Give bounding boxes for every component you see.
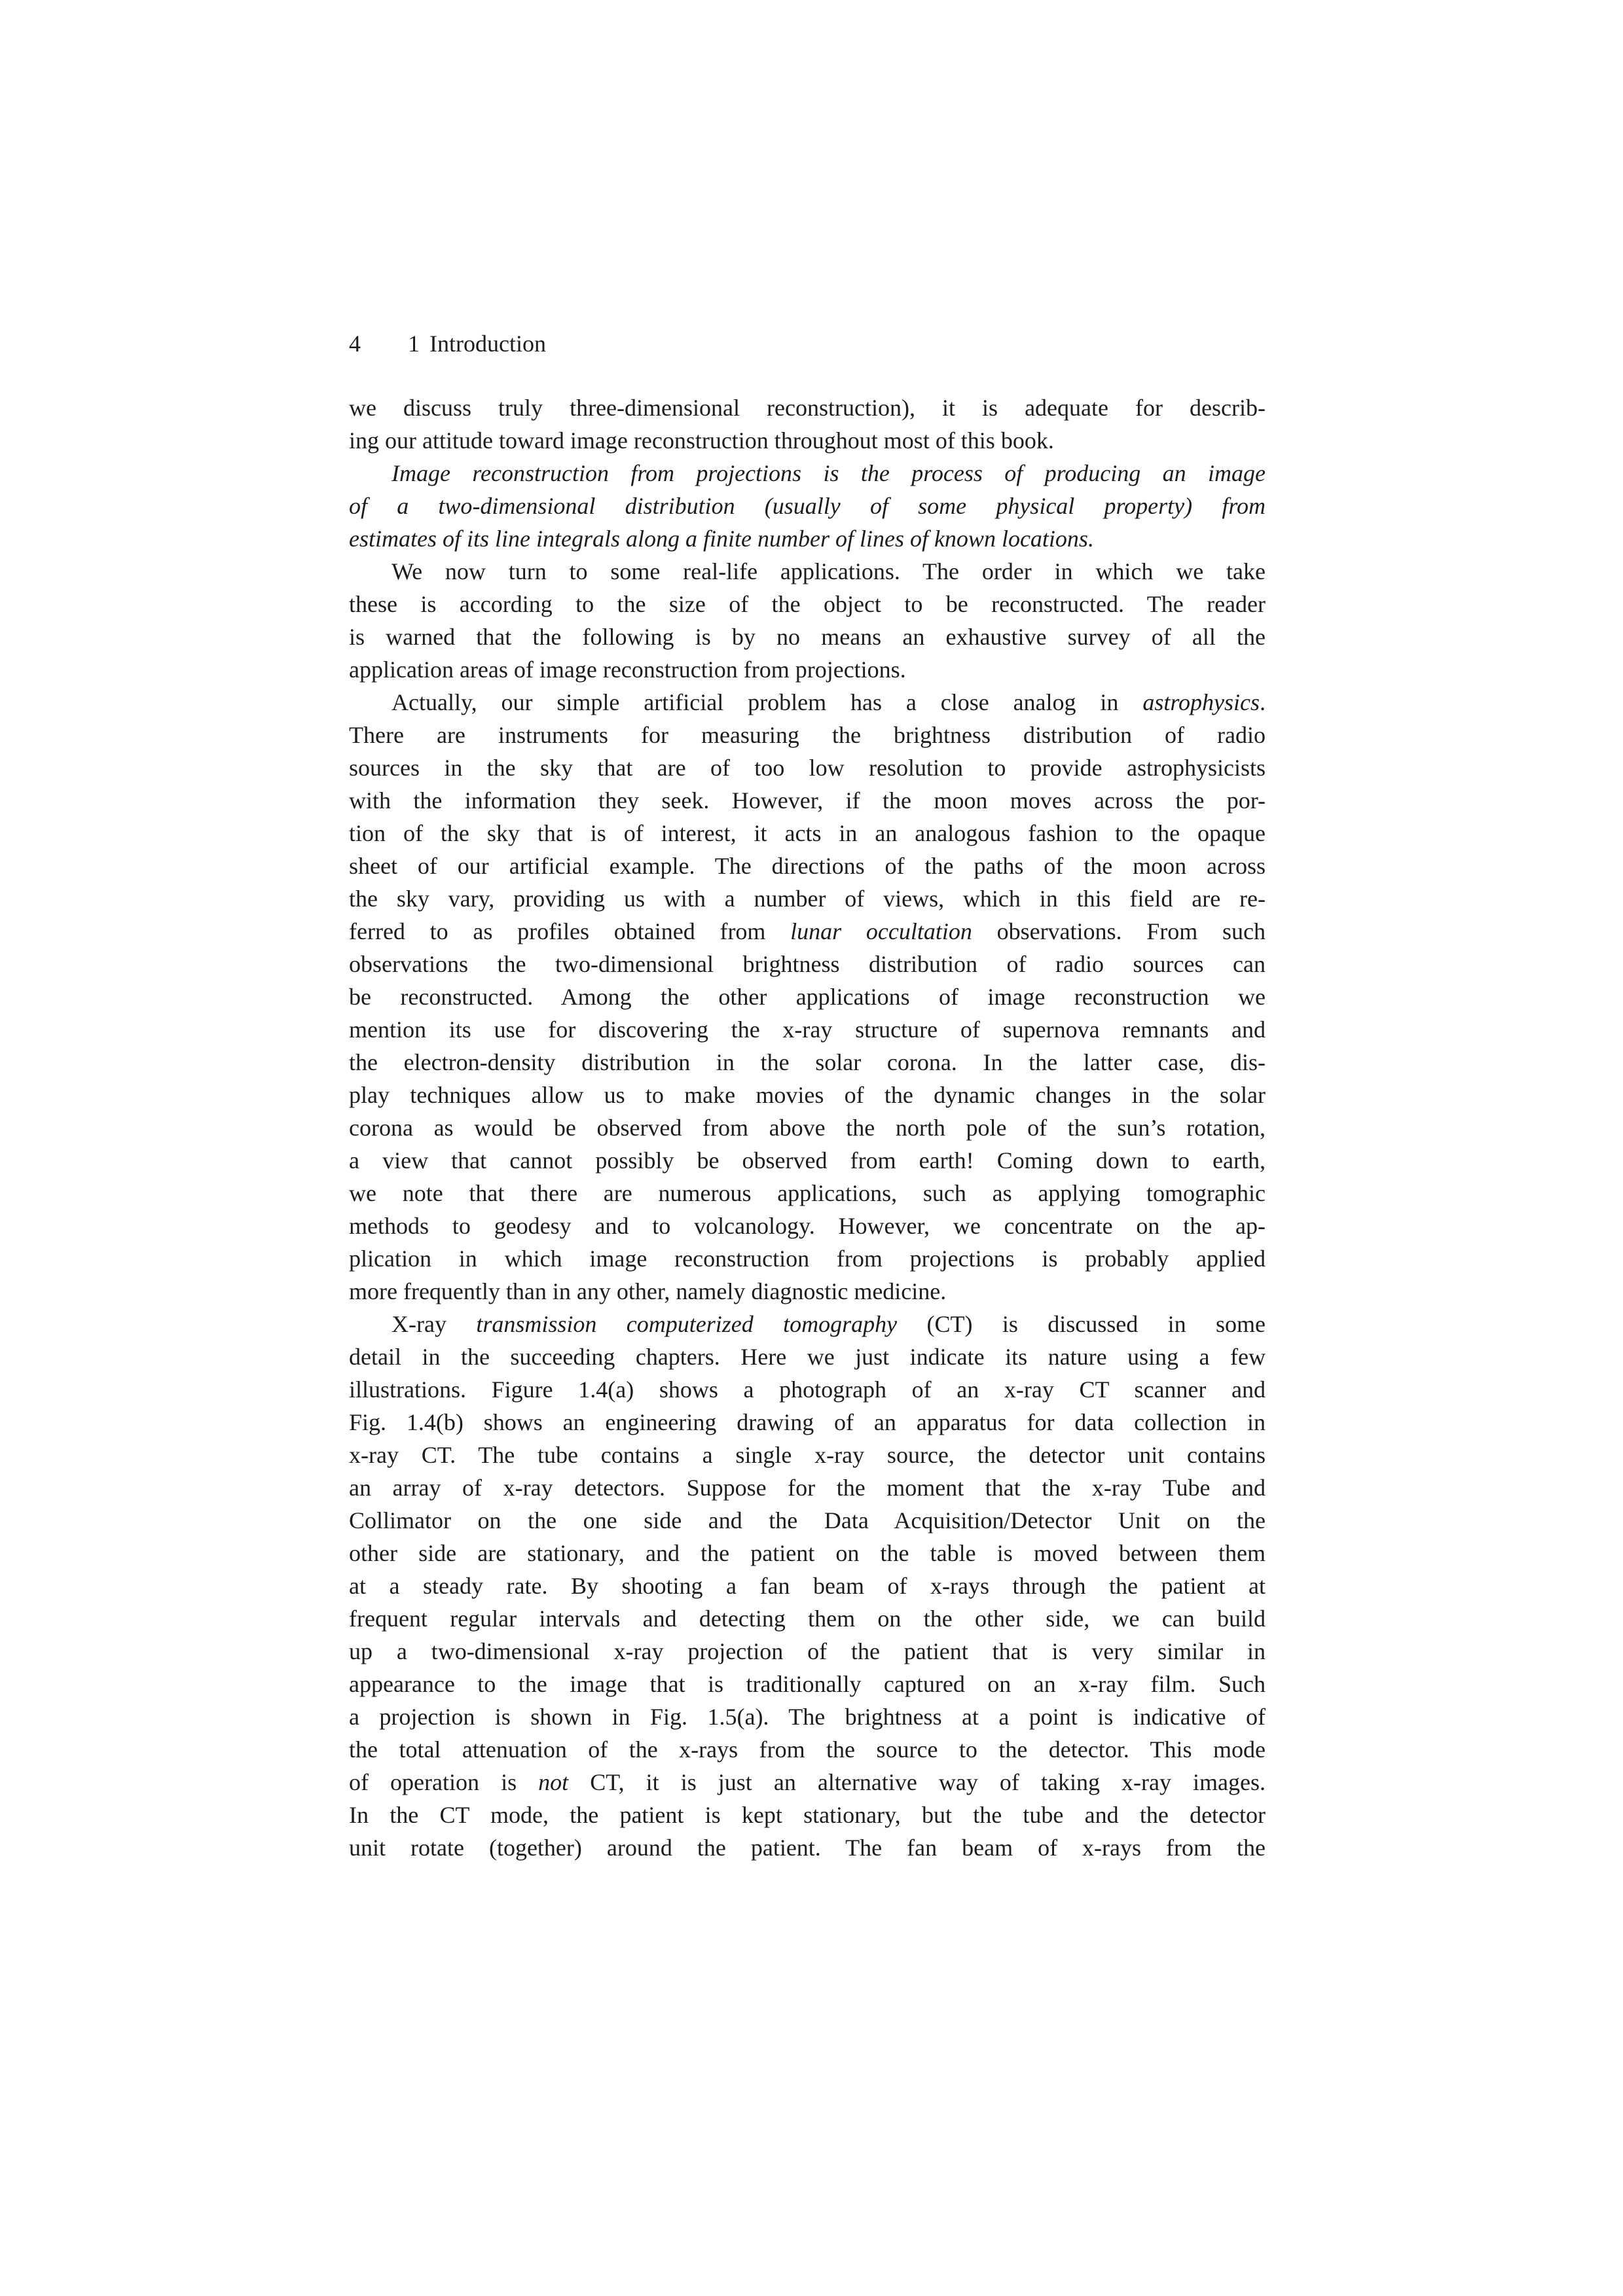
- text-run: a view that cannot possibly be observed …: [349, 1147, 1266, 1174]
- page-body: we discuss truly three-dimensional recon…: [349, 391, 1266, 1864]
- text-run: detail in the succeeding chapters. Here …: [349, 1344, 1266, 1370]
- text-line: ing our attitude toward image reconstruc…: [349, 424, 1266, 457]
- text-line: frequent regular intervals and detecting…: [349, 1602, 1266, 1635]
- text-line: appearance to the image that is traditio…: [349, 1668, 1266, 1700]
- text-line: with the information they seek. However,…: [349, 784, 1266, 817]
- paragraph: Image reconstruction from projections is…: [349, 457, 1266, 555]
- text-line: plication in which image reconstruction …: [349, 1242, 1266, 1275]
- text-run: CT, it is just an alternative way of tak…: [568, 1769, 1266, 1795]
- text-run: of operation is: [349, 1769, 538, 1795]
- text-run: unit rotate (together) around the patien…: [349, 1835, 1266, 1861]
- text-run: sheet of our artificial example. The dir…: [349, 853, 1266, 879]
- text-run: ferred to as profiles obtained from: [349, 918, 790, 944]
- text-run: plication in which image reconstruction …: [349, 1246, 1266, 1272]
- page-number: 4: [349, 327, 361, 360]
- text-run: sources in the sky that are of too low r…: [349, 755, 1266, 781]
- text-line: up a two-dimensional x-ray projection of…: [349, 1635, 1266, 1668]
- text-line: x-ray CT. The tube contains a single x-r…: [349, 1439, 1266, 1471]
- text-line: sheet of our artificial example. The dir…: [349, 850, 1266, 882]
- text-run: the sky vary, providing us with a number…: [349, 886, 1266, 912]
- text-line: be reconstructed. Among the other applic…: [349, 980, 1266, 1013]
- text-line: Actually, our simple artificial problem …: [349, 686, 1266, 719]
- text-run: (CT) is discussed in some: [897, 1311, 1266, 1337]
- text-run: .: [1260, 689, 1266, 715]
- text-run: Fig. 1.4(b) shows an engineering drawing…: [349, 1409, 1266, 1435]
- text-line: observations the two-dimensional brightn…: [349, 948, 1266, 980]
- italic-text-run: of a two-dimensional distribution (usual…: [349, 493, 1266, 519]
- text-line: methods to geodesy and to volcanology. H…: [349, 1210, 1266, 1242]
- text-run: the electron-density distribution in the…: [349, 1049, 1266, 1075]
- text-run: a projection is shown in Fig. 1.5(a). Th…: [349, 1704, 1266, 1730]
- italic-text-run: estimates of its line integrals along a …: [349, 526, 1094, 552]
- chapter-title: Introduction: [429, 327, 546, 360]
- text-run: frequent regular intervals and detecting…: [349, 1605, 1266, 1632]
- text-line: we note that there are numerous applicat…: [349, 1177, 1266, 1210]
- text-line: play techniques allow us to make movies …: [349, 1079, 1266, 1111]
- text-line: the total attenuation of the x-rays from…: [349, 1733, 1266, 1766]
- text-run: is warned that the following is by no me…: [349, 624, 1266, 650]
- text-line: ferred to as profiles obtained from luna…: [349, 915, 1266, 948]
- text-line: corona as would be observed from above t…: [349, 1111, 1266, 1144]
- text-line: Fig. 1.4(b) shows an engineering drawing…: [349, 1406, 1266, 1439]
- text-run: ing our attitude toward image reconstruc…: [349, 427, 1054, 454]
- text-run: the total attenuation of the x-rays from…: [349, 1736, 1266, 1763]
- text-run: Collimator on the one side and the Data …: [349, 1507, 1266, 1534]
- text-run: X-ray: [392, 1311, 476, 1337]
- text-line: application areas of image reconstructio…: [349, 653, 1266, 686]
- text-line: unit rotate (together) around the patien…: [349, 1831, 1266, 1864]
- text-run: illustrations. Figure 1.4(a) shows a pho…: [349, 1376, 1266, 1403]
- text-line: In the CT mode, the patient is kept stat…: [349, 1799, 1266, 1831]
- book-page: 4 1 Introduction we discuss truly three-…: [0, 0, 1623, 2296]
- italic-text-run: transmission computerized tomography: [476, 1311, 897, 1337]
- text-run: up a two-dimensional x-ray projection of…: [349, 1638, 1266, 1664]
- text-run: In the CT mode, the patient is kept stat…: [349, 1802, 1266, 1828]
- text-line: mention its use for discovering the x-ra…: [349, 1013, 1266, 1046]
- text-run: mention its use for discovering the x-ra…: [349, 1016, 1266, 1043]
- text-line: the electron-density distribution in the…: [349, 1046, 1266, 1079]
- text-run: x-ray CT. The tube contains a single x-r…: [349, 1442, 1266, 1468]
- text-run: more frequently than in any other, namel…: [349, 1278, 946, 1304]
- text-run: corona as would be observed from above t…: [349, 1115, 1266, 1141]
- paragraph: X-ray transmission computerized tomograp…: [349, 1308, 1266, 1864]
- text-line: at a steady rate. By shooting a fan beam…: [349, 1570, 1266, 1602]
- text-run: methods to geodesy and to volcanology. H…: [349, 1213, 1266, 1239]
- text-run: play techniques allow us to make movies …: [349, 1082, 1266, 1108]
- text-line: We now turn to some real-life applicatio…: [349, 555, 1266, 588]
- text-line: illustrations. Figure 1.4(a) shows a pho…: [349, 1373, 1266, 1406]
- text-line: sources in the sky that are of too low r…: [349, 751, 1266, 784]
- text-run: We now turn to some real-life applicatio…: [392, 558, 1266, 584]
- text-run: There are instruments for measuring the …: [349, 722, 1266, 748]
- text-run: application areas of image reconstructio…: [349, 656, 906, 683]
- text-line: X-ray transmission computerized tomograp…: [349, 1308, 1266, 1340]
- text-run: at a steady rate. By shooting a fan beam…: [349, 1573, 1266, 1599]
- italic-text-run: not: [538, 1769, 568, 1795]
- text-line: Collimator on the one side and the Data …: [349, 1504, 1266, 1537]
- text-line: of operation is not CT, it is just an al…: [349, 1766, 1266, 1799]
- italic-text-run: astrophysics: [1142, 689, 1260, 715]
- text-run: other side are stationary, and the patie…: [349, 1540, 1266, 1566]
- text-run: Actually, our simple artificial problem …: [392, 689, 1142, 715]
- text-run: be reconstructed. Among the other applic…: [349, 984, 1266, 1010]
- italic-text-run: lunar occultation: [790, 918, 972, 944]
- text-line: an array of x-ray detectors. Suppose for…: [349, 1471, 1266, 1504]
- text-run: we discuss truly three-dimensional recon…: [349, 395, 1266, 421]
- text-line: other side are stationary, and the patie…: [349, 1537, 1266, 1570]
- text-run: appearance to the image that is traditio…: [349, 1671, 1266, 1697]
- text-run: with the information they seek. However,…: [349, 787, 1266, 814]
- chapter-header: 1 Introduction: [408, 327, 546, 360]
- paragraph: Actually, our simple artificial problem …: [349, 686, 1266, 1308]
- text-line: estimates of its line integrals along a …: [349, 522, 1266, 555]
- text-line: is warned that the following is by no me…: [349, 620, 1266, 653]
- text-line: detail in the succeeding chapters. Here …: [349, 1340, 1266, 1373]
- text-line: of a two-dimensional distribution (usual…: [349, 490, 1266, 522]
- text-line: a projection is shown in Fig. 1.5(a). Th…: [349, 1700, 1266, 1733]
- text-run: tion of the sky that is of interest, it …: [349, 820, 1266, 846]
- text-line: we discuss truly three-dimensional recon…: [349, 391, 1266, 424]
- text-run: observations the two-dimensional brightn…: [349, 951, 1266, 977]
- text-line: tion of the sky that is of interest, it …: [349, 817, 1266, 850]
- italic-text-run: Image reconstruction from projections is…: [392, 460, 1266, 486]
- text-line: these is according to the size of the ob…: [349, 588, 1266, 620]
- chapter-number: 1: [408, 327, 420, 360]
- text-line: Image reconstruction from projections is…: [349, 457, 1266, 490]
- paragraph: we discuss truly three-dimensional recon…: [349, 391, 1266, 457]
- text-run: observations. From such: [972, 918, 1266, 944]
- text-run: we note that there are numerous applicat…: [349, 1180, 1266, 1206]
- text-line: the sky vary, providing us with a number…: [349, 882, 1266, 915]
- text-line: There are instruments for measuring the …: [349, 719, 1266, 751]
- text-line: more frequently than in any other, namel…: [349, 1275, 1266, 1308]
- text-run: an array of x-ray detectors. Suppose for…: [349, 1475, 1266, 1501]
- paragraph: We now turn to some real-life applicatio…: [349, 555, 1266, 686]
- running-header: 4 1 Introduction: [349, 327, 1266, 360]
- text-line: a view that cannot possibly be observed …: [349, 1144, 1266, 1177]
- text-run: these is according to the size of the ob…: [349, 591, 1266, 617]
